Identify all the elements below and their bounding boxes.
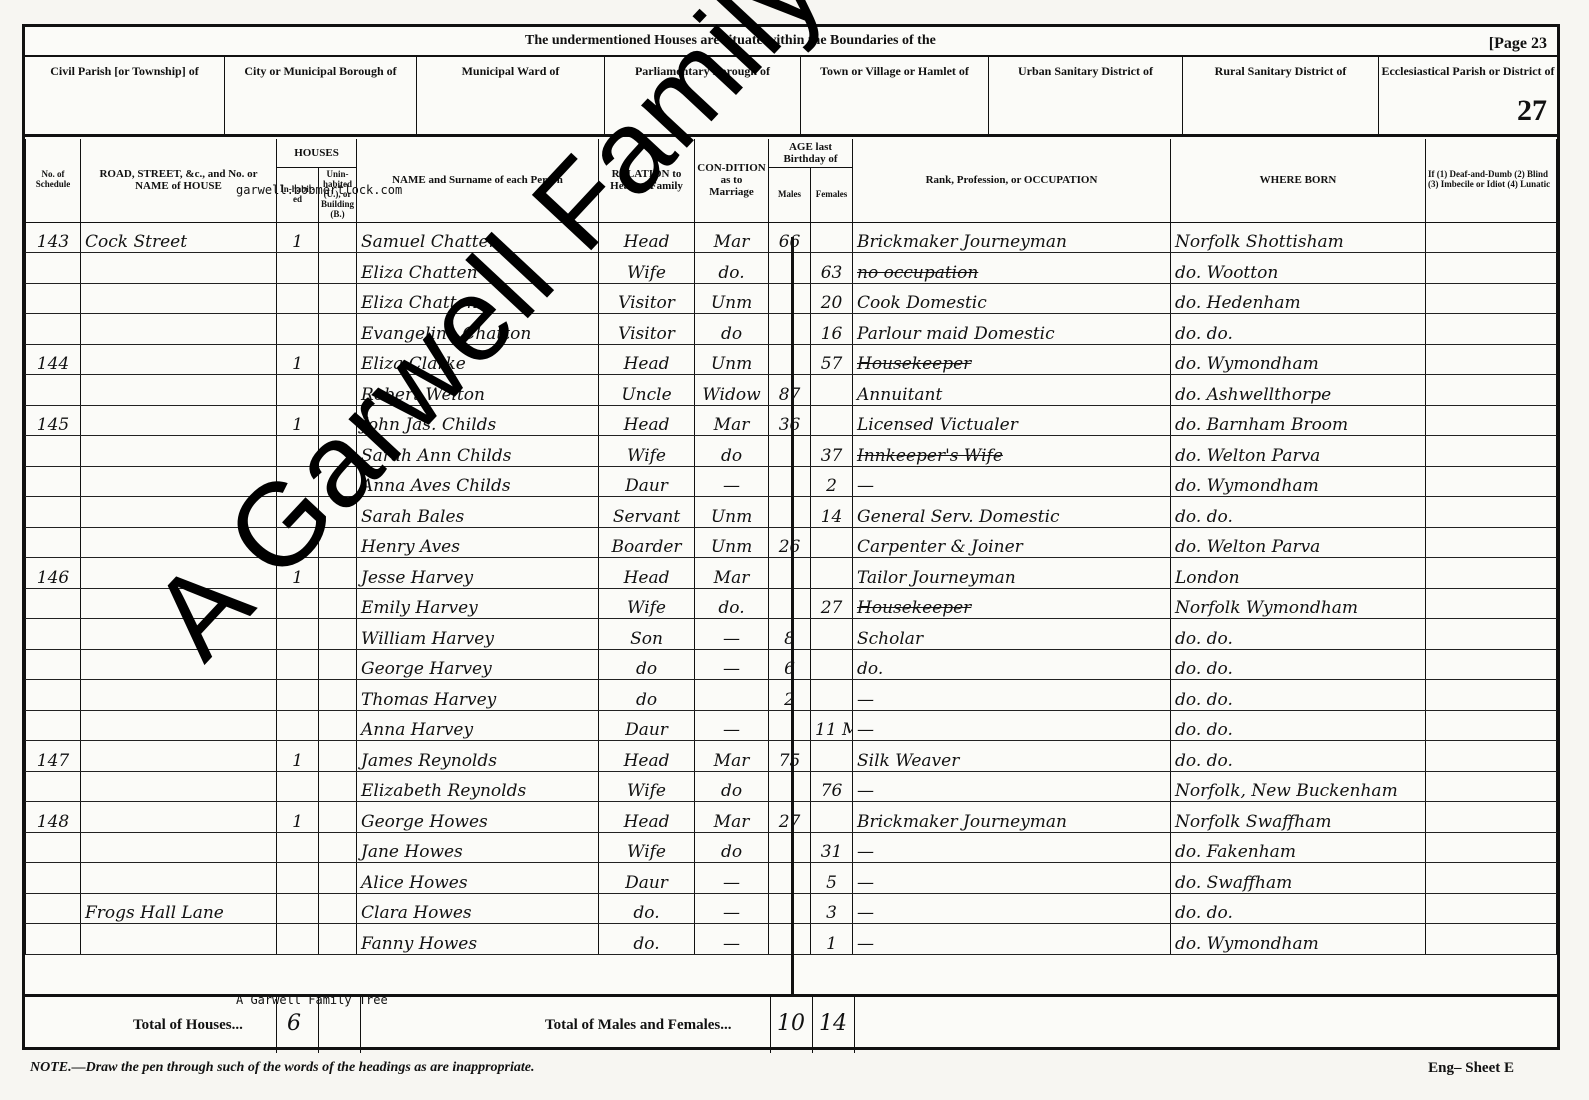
total-females-value: 14 xyxy=(819,1011,847,1036)
person-name: Anna Harvey xyxy=(357,710,599,741)
female-age: 63 xyxy=(811,253,853,284)
col-schedule: No. of Schedule xyxy=(26,139,81,222)
occupation: Annuitant xyxy=(853,375,1171,406)
sheet-identifier: Eng– Sheet E xyxy=(1428,1060,1514,1077)
col-houses: HOUSES xyxy=(277,139,357,168)
boundary-label: Urban Sanitary District of xyxy=(1018,64,1153,78)
uninhabited-count xyxy=(319,802,357,833)
boundaries-title: The undermentioned Houses are situate wi… xyxy=(525,33,936,49)
female-age: 76 xyxy=(811,771,853,802)
boundary-civil-parish: Civil Parish [or Township] of xyxy=(25,57,225,134)
person-name: Henry Aves xyxy=(357,527,599,558)
uninhabited-count xyxy=(319,771,357,802)
boundary-label: Municipal Ward of xyxy=(462,64,560,78)
relation: Visitor xyxy=(599,283,695,314)
birthplace: do. Fakenham xyxy=(1171,832,1426,863)
female-age: 14 xyxy=(811,497,853,528)
inhabited-count: 1 xyxy=(277,741,319,772)
marital-condition: Mar xyxy=(695,741,769,772)
inhabited-count: 1 xyxy=(277,405,319,436)
road-name xyxy=(81,558,277,589)
relation: Head xyxy=(599,405,695,436)
uninhabited-count xyxy=(319,924,357,955)
marital-condition: — xyxy=(695,619,769,650)
marital-condition: do. xyxy=(695,588,769,619)
road-name xyxy=(81,680,277,711)
road-name xyxy=(81,863,277,894)
inhabited-count xyxy=(277,680,319,711)
divider xyxy=(812,997,813,1053)
inhabited-count xyxy=(277,649,319,680)
uninhabited-count xyxy=(319,893,357,924)
infirmity xyxy=(1426,527,1557,558)
birthplace: do. Welton Parva xyxy=(1171,527,1426,558)
occupation: — xyxy=(853,771,1171,802)
schedule-number: 145 xyxy=(26,405,81,436)
boundary-label: Town or Village or Hamlet of xyxy=(820,64,969,78)
occupation: Brickmaker Journeyman xyxy=(853,222,1171,253)
road-name: Cock Street xyxy=(81,222,277,253)
uninhabited-count xyxy=(319,527,357,558)
marital-condition: — xyxy=(695,710,769,741)
caption-overlay: A Garwell Family Tree xyxy=(236,993,388,1007)
birthplace: do. Wymondham xyxy=(1171,924,1426,955)
uninhabited-count xyxy=(319,375,357,406)
col-infirmity: If (1) Deaf-and-Dumb (2) Blind (3) Imbec… xyxy=(1426,139,1557,222)
birthplace: do. do. xyxy=(1171,710,1426,741)
schedule-number xyxy=(26,588,81,619)
infirmity xyxy=(1426,436,1557,467)
uninhabited-count xyxy=(319,222,357,253)
male-age: 87 xyxy=(769,375,811,406)
relation: Boarder xyxy=(599,527,695,558)
female-age: 31 xyxy=(811,832,853,863)
schedule-number xyxy=(26,680,81,711)
road-name xyxy=(81,497,277,528)
birthplace: do. Ashwellthorpe xyxy=(1171,375,1426,406)
female-age xyxy=(811,649,853,680)
relation: Head xyxy=(599,344,695,375)
schedule-number: 143 xyxy=(26,222,81,253)
col-condition: CON-DITION as to Marriage xyxy=(695,139,769,222)
infirmity xyxy=(1426,222,1557,253)
birthplace: Norfolk, New Buckenham xyxy=(1171,771,1426,802)
schedule-number xyxy=(26,436,81,467)
female-age xyxy=(811,741,853,772)
relation: Wife xyxy=(599,771,695,802)
inhabited-count xyxy=(277,832,319,863)
marital-condition: Widow xyxy=(695,375,769,406)
male-age: 6 xyxy=(769,649,811,680)
relation: Daur xyxy=(599,466,695,497)
infirmity xyxy=(1426,314,1557,345)
marital-condition: Unm xyxy=(695,344,769,375)
uninhabited-count xyxy=(319,863,357,894)
person-name: Jesse Harvey xyxy=(357,558,599,589)
boundary-parliamentary-borough: Parliamentary Borough of xyxy=(605,57,801,134)
person-name: Eliza Chatten xyxy=(357,253,599,284)
occupation: Scholar xyxy=(853,619,1171,650)
birthplace: Norfolk Shottisham xyxy=(1171,222,1426,253)
road-name xyxy=(81,314,277,345)
col-females: Females xyxy=(811,168,853,222)
infirmity xyxy=(1426,466,1557,497)
marital-condition: do. xyxy=(695,253,769,284)
boundary-municipal-ward: Municipal Ward of xyxy=(417,57,605,134)
infirmity xyxy=(1426,344,1557,375)
relation: Wife xyxy=(599,253,695,284)
relation: Uncle xyxy=(599,375,695,406)
relation: Visitor xyxy=(599,314,695,345)
person-name: Evangeline Chatton xyxy=(357,314,599,345)
inhabited-count xyxy=(277,771,319,802)
infirmity xyxy=(1426,619,1557,650)
boundary-ecclesiastical-parish: Ecclesiastical Parish or District of 27 xyxy=(1379,57,1557,134)
female-age xyxy=(811,802,853,833)
birthplace: do. do. xyxy=(1171,314,1426,345)
uninhabited-count xyxy=(319,680,357,711)
birthplace: do. Welton Parva xyxy=(1171,436,1426,467)
female-age: 3 xyxy=(811,893,853,924)
infirmity xyxy=(1426,497,1557,528)
relation: Head xyxy=(599,741,695,772)
relation: Wife xyxy=(599,436,695,467)
female-age xyxy=(811,375,853,406)
marital-condition: — xyxy=(695,466,769,497)
uninhabited-count xyxy=(319,558,357,589)
col-road: ROAD, STREET, &c., and No. or NAME of HO… xyxy=(81,139,277,222)
occupation: Housekeeper xyxy=(853,344,1171,375)
uninhabited-count xyxy=(319,710,357,741)
relation: Daur xyxy=(599,863,695,894)
uninhabited-count xyxy=(319,649,357,680)
boundary-municipal-borough: City or Municipal Borough of xyxy=(225,57,417,134)
person-name: Samuel Chatten xyxy=(357,222,599,253)
male-age xyxy=(769,863,811,894)
marital-condition: do xyxy=(695,436,769,467)
uninhabited-count xyxy=(319,497,357,528)
occupation: — xyxy=(853,466,1171,497)
marital-condition: — xyxy=(695,649,769,680)
relation: do xyxy=(599,680,695,711)
boundary-fields: Civil Parish [or Township] of City or Mu… xyxy=(25,57,1557,137)
road-name xyxy=(81,466,277,497)
boundary-rural-sanitary: Rural Sanitary District of xyxy=(1183,57,1379,134)
male-age xyxy=(769,924,811,955)
male-age: 66 xyxy=(769,222,811,253)
inhabited-count: 1 xyxy=(277,344,319,375)
occupation: Brickmaker Journeyman xyxy=(853,802,1171,833)
marital-condition: — xyxy=(695,924,769,955)
person-name: Emily Harvey xyxy=(357,588,599,619)
col-occupation: Rank, Profession, or OCCUPATION xyxy=(853,139,1171,222)
occupation: do. xyxy=(853,649,1171,680)
schedule-number xyxy=(26,375,81,406)
birthplace: do. Wymondham xyxy=(1171,344,1426,375)
relation: Wife xyxy=(599,832,695,863)
schedule-number xyxy=(26,924,81,955)
birthplace: do. do. xyxy=(1171,741,1426,772)
divider xyxy=(854,997,855,1053)
inhabited-count xyxy=(277,497,319,528)
marital-condition: Unm xyxy=(695,527,769,558)
female-age xyxy=(811,558,853,589)
female-age: 37 xyxy=(811,436,853,467)
road-name xyxy=(81,649,277,680)
male-age xyxy=(769,253,811,284)
infirmity xyxy=(1426,802,1557,833)
schedule-number: 148 xyxy=(26,802,81,833)
road-name xyxy=(81,832,277,863)
birthplace: do. do. xyxy=(1171,680,1426,711)
person-name: Robert Welton xyxy=(357,375,599,406)
footer-note: NOTE.—Draw the pen through such of the w… xyxy=(30,1060,534,1076)
infirmity xyxy=(1426,375,1557,406)
birthplace: Norfolk Swaffham xyxy=(1171,802,1426,833)
boundary-label: Civil Parish [or Township] of xyxy=(50,64,198,78)
occupation: Tailor Journeyman xyxy=(853,558,1171,589)
schedule-number xyxy=(26,619,81,650)
uninhabited-count xyxy=(319,436,357,467)
total-houses-label: Total of Houses... xyxy=(133,1017,243,1034)
female-age: 1 xyxy=(811,924,853,955)
road-name xyxy=(81,802,277,833)
marital-condition: Unm xyxy=(695,283,769,314)
road-name xyxy=(81,710,277,741)
schedule-number: 144 xyxy=(26,344,81,375)
occupation: General Serv. Domestic xyxy=(853,497,1171,528)
inhabited-count xyxy=(277,253,319,284)
relation: Daur xyxy=(599,710,695,741)
infirmity xyxy=(1426,558,1557,589)
relation: do xyxy=(599,649,695,680)
person-name: Elizabeth Reynolds xyxy=(357,771,599,802)
uninhabited-count xyxy=(319,283,357,314)
male-age xyxy=(769,588,811,619)
birthplace: do. Swaffham xyxy=(1171,863,1426,894)
female-age: 5 xyxy=(811,863,853,894)
relation: Son xyxy=(599,619,695,650)
infirmity xyxy=(1426,771,1557,802)
schedule-number xyxy=(26,710,81,741)
male-age: 36 xyxy=(769,405,811,436)
birthplace: do. do. xyxy=(1171,497,1426,528)
birthplace: Norfolk Wymondham xyxy=(1171,588,1426,619)
schedule-number xyxy=(26,863,81,894)
uninhabited-count xyxy=(319,619,357,650)
boundary-urban-sanitary: Urban Sanitary District of xyxy=(989,57,1183,134)
person-name: Eliza Chatten xyxy=(357,283,599,314)
road-name xyxy=(81,771,277,802)
infirmity xyxy=(1426,741,1557,772)
infirmity xyxy=(1426,924,1557,955)
page-number: [Page 23 xyxy=(1489,35,1547,53)
infirmity xyxy=(1426,649,1557,680)
inhabited-count xyxy=(277,466,319,497)
person-name: George Howes xyxy=(357,802,599,833)
inhabited-count: 1 xyxy=(277,222,319,253)
uninhabited-count xyxy=(319,741,357,772)
marital-condition xyxy=(695,680,769,711)
marital-condition: Unm xyxy=(695,497,769,528)
female-age xyxy=(811,680,853,711)
boundaries-title-bar: The undermentioned Houses are situate wi… xyxy=(25,27,1557,57)
schedule-number xyxy=(26,832,81,863)
tally-strike-line xyxy=(791,237,794,997)
census-sheet: The undermentioned Houses are situate wi… xyxy=(22,24,1560,1050)
person-name: Alice Howes xyxy=(357,863,599,894)
birthplace: do. Wymondham xyxy=(1171,466,1426,497)
person-name: William Harvey xyxy=(357,619,599,650)
person-name: James Reynolds xyxy=(357,741,599,772)
boundary-label: City or Municipal Borough of xyxy=(244,64,396,78)
person-name: Eliza Clarke xyxy=(357,344,599,375)
occupation: no occupation xyxy=(853,253,1171,284)
person-name: John Jas. Childs xyxy=(357,405,599,436)
schedule-number xyxy=(26,466,81,497)
infirmity xyxy=(1426,405,1557,436)
road-name: Frogs Hall Lane xyxy=(81,893,277,924)
inhabited-count xyxy=(277,924,319,955)
male-age xyxy=(769,832,811,863)
col-name: NAME and Surname of each Person xyxy=(357,139,599,222)
road-name xyxy=(81,924,277,955)
occupation: — xyxy=(853,863,1171,894)
occupation: — xyxy=(853,893,1171,924)
male-age: 27 xyxy=(769,802,811,833)
boundary-label: Ecclesiastical Parish or District of xyxy=(1381,64,1554,78)
marital-condition: — xyxy=(695,893,769,924)
boundary-label: Rural Sanitary District of xyxy=(1215,64,1347,78)
road-name xyxy=(81,619,277,650)
male-age xyxy=(769,466,811,497)
schedule-number xyxy=(26,893,81,924)
schedule-number xyxy=(26,497,81,528)
birthplace: do. Wootton xyxy=(1171,253,1426,284)
male-age xyxy=(769,436,811,467)
schedule-number xyxy=(26,527,81,558)
uninhabited-count xyxy=(319,253,357,284)
female-age: 16 xyxy=(811,314,853,345)
col-where-born: WHERE BORN xyxy=(1171,139,1426,222)
marital-condition: — xyxy=(695,863,769,894)
marital-condition: do xyxy=(695,832,769,863)
female-age: 20 xyxy=(811,283,853,314)
occupation: — xyxy=(853,680,1171,711)
person-name: George Harvey xyxy=(357,649,599,680)
divider xyxy=(770,997,771,1053)
birthplace: do. Hedenham xyxy=(1171,283,1426,314)
person-name: Anna Aves Childs xyxy=(357,466,599,497)
occupation: Cook Domestic xyxy=(853,283,1171,314)
source-url-overlay: garwell.bobmertlock.com xyxy=(236,183,402,197)
infirmity xyxy=(1426,253,1557,284)
infirmity xyxy=(1426,832,1557,863)
col-males: Males xyxy=(769,168,811,222)
female-age xyxy=(811,222,853,253)
schedule-number xyxy=(26,314,81,345)
uninhabited-count xyxy=(319,832,357,863)
person-name: Sarah Ann Childs xyxy=(357,436,599,467)
occupation: Licensed Victualer xyxy=(853,405,1171,436)
relation: do. xyxy=(599,893,695,924)
inhabited-count xyxy=(277,314,319,345)
boundary-label: Parliamentary Borough of xyxy=(635,64,770,78)
relation: Servant xyxy=(599,497,695,528)
male-age: 8 xyxy=(769,619,811,650)
infirmity xyxy=(1426,863,1557,894)
marital-condition: Mar xyxy=(695,222,769,253)
road-name xyxy=(81,436,277,467)
marital-condition: Mar xyxy=(695,558,769,589)
infirmity xyxy=(1426,893,1557,924)
infirmity xyxy=(1426,283,1557,314)
road-name xyxy=(81,375,277,406)
schedule-number xyxy=(26,649,81,680)
uninhabited-count xyxy=(319,588,357,619)
person-name: Thomas Harvey xyxy=(357,680,599,711)
road-name xyxy=(81,741,277,772)
female-age xyxy=(811,405,853,436)
person-name: Sarah Bales xyxy=(357,497,599,528)
inhabited-count xyxy=(277,893,319,924)
inhabited-count xyxy=(277,710,319,741)
col-relation: RELATION to Head of Family xyxy=(599,139,695,222)
female-age: 11 Mo xyxy=(811,710,853,741)
road-name xyxy=(81,283,277,314)
female-age: 2 xyxy=(811,466,853,497)
birthplace: do. do. xyxy=(1171,893,1426,924)
road-name xyxy=(81,253,277,284)
road-name xyxy=(81,405,277,436)
female-age: 27 xyxy=(811,588,853,619)
male-age xyxy=(769,558,811,589)
occupation: Silk Weaver xyxy=(853,741,1171,772)
inhabited-count xyxy=(277,619,319,650)
occupation: Innkeeper's Wife xyxy=(853,436,1171,467)
birthplace: do. do. xyxy=(1171,619,1426,650)
occupation: — xyxy=(853,924,1171,955)
relation: Head xyxy=(599,802,695,833)
schedule-number xyxy=(26,283,81,314)
relation: Wife xyxy=(599,588,695,619)
inhabited-count xyxy=(277,436,319,467)
occupation: — xyxy=(853,832,1171,863)
male-age xyxy=(769,344,811,375)
birthplace: do. do. xyxy=(1171,649,1426,680)
marital-condition: Mar xyxy=(695,802,769,833)
male-age xyxy=(769,497,811,528)
marital-condition: do xyxy=(695,771,769,802)
uninhabited-count xyxy=(319,344,357,375)
infirmity xyxy=(1426,588,1557,619)
inhabited-count xyxy=(277,588,319,619)
schedule-number: 147 xyxy=(26,741,81,772)
inhabited-count: 1 xyxy=(277,558,319,589)
schedule-number xyxy=(26,253,81,284)
occupation: Housekeeper xyxy=(853,588,1171,619)
total-males-value: 10 xyxy=(777,1011,805,1036)
boundary-town-village: Town or Village or Hamlet of xyxy=(801,57,989,134)
male-age xyxy=(769,314,811,345)
road-name xyxy=(81,344,277,375)
person-name: Clara Howes xyxy=(357,893,599,924)
marital-condition: do xyxy=(695,314,769,345)
relation: do. xyxy=(599,924,695,955)
birthplace: do. Barnham Broom xyxy=(1171,405,1426,436)
total-persons-label: Total of Males and Females... xyxy=(545,1017,732,1034)
person-name: Jane Howes xyxy=(357,832,599,863)
